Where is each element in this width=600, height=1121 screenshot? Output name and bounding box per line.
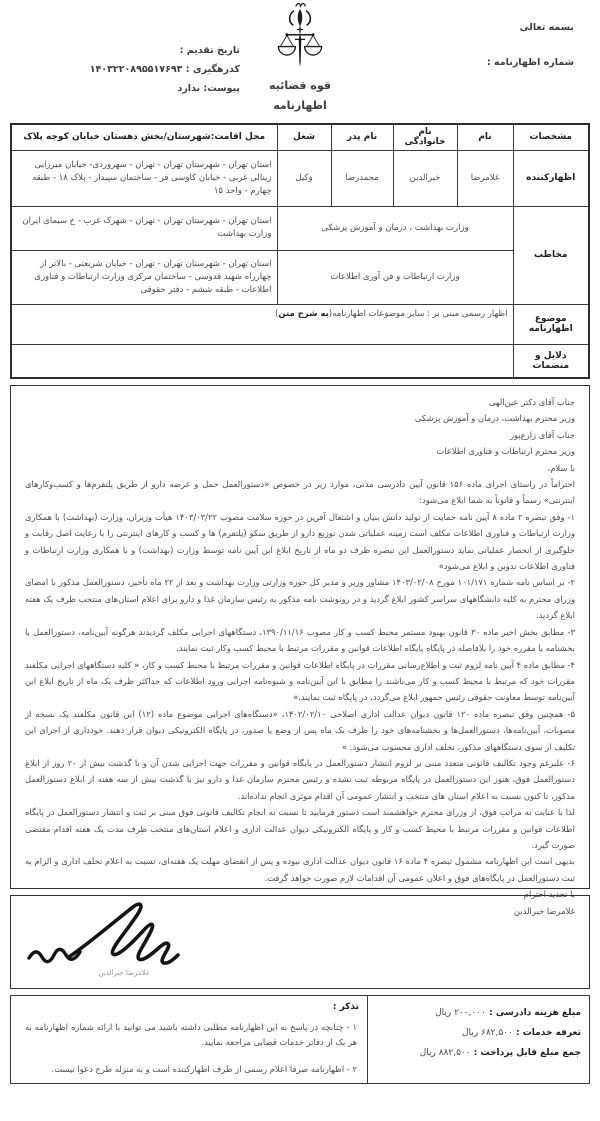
body-paragraph: احتراماً در راستای اجرای ماده ۱۵۶ قانون …	[25, 476, 575, 509]
body-paragraph: ۵- همچنین وفق تبصره ماده ۱۲۰ قانون دیوان…	[25, 706, 575, 755]
table-header-row: مشخصات نام نام خانوادگی نام پدر شغل محل …	[11, 124, 589, 150]
addressee-row-1: مخاطب وزارت بهداشت ، درمان و آموزش پزشکی…	[11, 206, 589, 250]
fee-row: تعرفه خدمات : ۶۸۲,۵۰۰ ریال	[376, 1023, 581, 1043]
fee-label: تعرفه خدمات :	[516, 1028, 581, 1038]
col-header-family: نام خانوادگی	[393, 124, 457, 150]
subject-value: اظهار رسمی مبنی بر : سایر موضوعات اظهارن…	[11, 304, 513, 344]
submit-date-label: تاریخ تقدیم :	[38, 41, 240, 60]
col-header-name: نام	[457, 124, 513, 150]
greeting-line: با سلام،	[25, 460, 575, 476]
signature-box: غلامرضا خیرالدین	[10, 895, 590, 989]
col-header-job: شغل	[277, 124, 331, 150]
subject-bold: به شرح متن	[278, 309, 328, 319]
fee-value: ۶۸۲,۵۰۰ ریال	[462, 1028, 513, 1038]
body-paragraph: ۲- بر اساس نامه شماره ۱۰۱/۱۷۱ مورخ ۱۴۰۳/…	[25, 574, 575, 623]
parties-table: مشخصات نام نام خانوادگی نام پدر شغل محل …	[10, 123, 590, 379]
declarant-name: غلامرضا	[457, 150, 513, 206]
fee-label: مبلغ هزینه دادرسی :	[489, 1008, 581, 1018]
declarant-address: استان تهران - شهرستان تهران - تهران - سه…	[11, 150, 277, 206]
col-header-father: نام پدر	[331, 124, 393, 150]
handwritten-signature-icon	[21, 902, 256, 972]
besmele-text: بسمه تعالی	[520, 22, 574, 33]
body-paragraph: ۳- مطابق بخش اخیر ماده ۳۰ قانون بهبود مس…	[25, 624, 575, 657]
declarant-family: خیرالدین	[393, 150, 457, 206]
notice-item: ۲ - اظهارنامه صرفا اعلام رسمی از طرف اظه…	[25, 1062, 357, 1077]
header-meta-block: تاریخ تقدیم : کدرهگیری : ۱۴۰۳۲۲۰۸۹۵۵۱۷۶۹…	[38, 41, 240, 98]
subject-row: موضوع اظهارنامه اظهار رسمی مبنی بر : سای…	[11, 304, 589, 344]
subject-label: موضوع اظهارنامه	[513, 304, 589, 344]
evidence-value	[11, 344, 513, 378]
recipient-line: جناب آقای دکتر عین‌الهی	[25, 394, 575, 410]
evidence-row: دلایل و منضمات	[11, 344, 589, 378]
footer-table: مبلغ هزینه دادرسی : ۲۰۰,۰۰۰ ریال تعرفه خ…	[10, 995, 590, 1084]
declarant-job: وکیل	[277, 150, 331, 206]
body-paragraph: بدیهی است این اظهارنامه مشمول تبصره ۴ ما…	[25, 853, 575, 886]
scales-of-justice-icon	[225, 2, 375, 78]
body-paragraph: ۱- وفق تبصره ۲ ماده ۸ آیین نامه حمایت از…	[25, 509, 575, 575]
declarant-father: محمدرضا	[331, 150, 393, 206]
addressee-1-name: وزارت بهداشت ، درمان و آموزش پزشکی	[277, 206, 513, 250]
declaration-body: جناب آقای دکتر عین‌الهی وزیر محترم بهداش…	[10, 385, 590, 889]
addressee-2-name: وزارت ارتباطات و فن آوری اطلاعات	[277, 250, 513, 304]
recipient-line: وزیر محترم ارتباطات و فناوری اطلاعات	[25, 443, 575, 459]
fees-cell: مبلغ هزینه دادرسی : ۲۰۰,۰۰۰ ریال تعرفه خ…	[368, 996, 590, 1084]
declarant-label: اظهارکننده	[513, 150, 589, 206]
addressee-1-address: استان تهران - شهرستان تهران - تهران - شه…	[11, 206, 277, 250]
recipient-line: جناب آقای زارع‌پور	[25, 427, 575, 443]
notice-cell: تذکر : ۱ - چنانچه در پاسخ به این اظهارنا…	[11, 996, 368, 1084]
attachment-status: پیوست: ندارد	[38, 79, 240, 98]
notice-item: ۱ - چنانچه در پاسخ به این اظهارنامه مطلب…	[25, 1020, 357, 1050]
declaration-document: بسمه تعالی شماره اظهارنامه :	[10, 0, 590, 1084]
evidence-label: دلایل و منضمات	[513, 344, 589, 378]
judiciary-emblem: قوه قضائیه اظهارنامه	[225, 2, 375, 112]
body-paragraph: ۴- مطابق ماده ۴ آیین نامه لزوم ثبت و اطل…	[25, 657, 575, 706]
notice-title: تذکر :	[21, 1002, 359, 1012]
declarant-row: اظهارکننده غلامرضا خیرالدین محمدرضا وکیل…	[11, 150, 589, 206]
tracking-code: کدرهگیری : ۱۴۰۳۲۲۰۸۹۵۵۱۷۶۹۳	[38, 60, 240, 79]
org-name: قوه قضائیه	[225, 79, 375, 92]
addressee-row-2: وزارت ارتباطات و فن آوری اطلاعات استان ت…	[11, 250, 589, 304]
subject-prefix: اظهار رسمی مبنی بر : سایر موضوعات اظهارن…	[329, 309, 508, 319]
body-paragraph: ۶- علیرغم وجود تکالیف قانونی متعدد مبنی …	[25, 755, 575, 804]
body-paragraph: لذا با عنایت به مراتب فوق، از وزرای محتر…	[25, 804, 575, 853]
fee-row: جمع مبلغ قابل پرداخت : ۸۸۲,۵۰۰ ریال	[376, 1043, 581, 1063]
addressee-label: مخاطب	[513, 206, 589, 304]
recipient-line: وزیر محترم بهداشت، درمان و آموزش پزشکی	[25, 410, 575, 426]
addressee-2-address: استان تهران - شهرستان تهران - تهران - خی…	[11, 250, 277, 304]
signature-caption: غلامرضا خیرالدین	[59, 969, 189, 977]
fee-label: جمع مبلغ قابل پرداخت :	[474, 1048, 581, 1058]
declaration-number-label: شماره اظهارنامه :	[487, 57, 574, 68]
document-header: بسمه تعالی شماره اظهارنامه :	[10, 0, 590, 123]
fee-value: ۸۸۲,۵۰۰ ریال	[420, 1048, 471, 1058]
fee-row: مبلغ هزینه دادرسی : ۲۰۰,۰۰۰ ریال	[376, 1003, 581, 1023]
col-header-address: محل اقامت:شهرستان/بخش دهستان خیابان کوچه…	[11, 124, 277, 150]
fee-value: ۲۰۰,۰۰۰ ریال	[435, 1008, 486, 1018]
doc-type-title: اظهارنامه	[225, 99, 375, 112]
col-header-specs: مشخصات	[513, 124, 589, 150]
